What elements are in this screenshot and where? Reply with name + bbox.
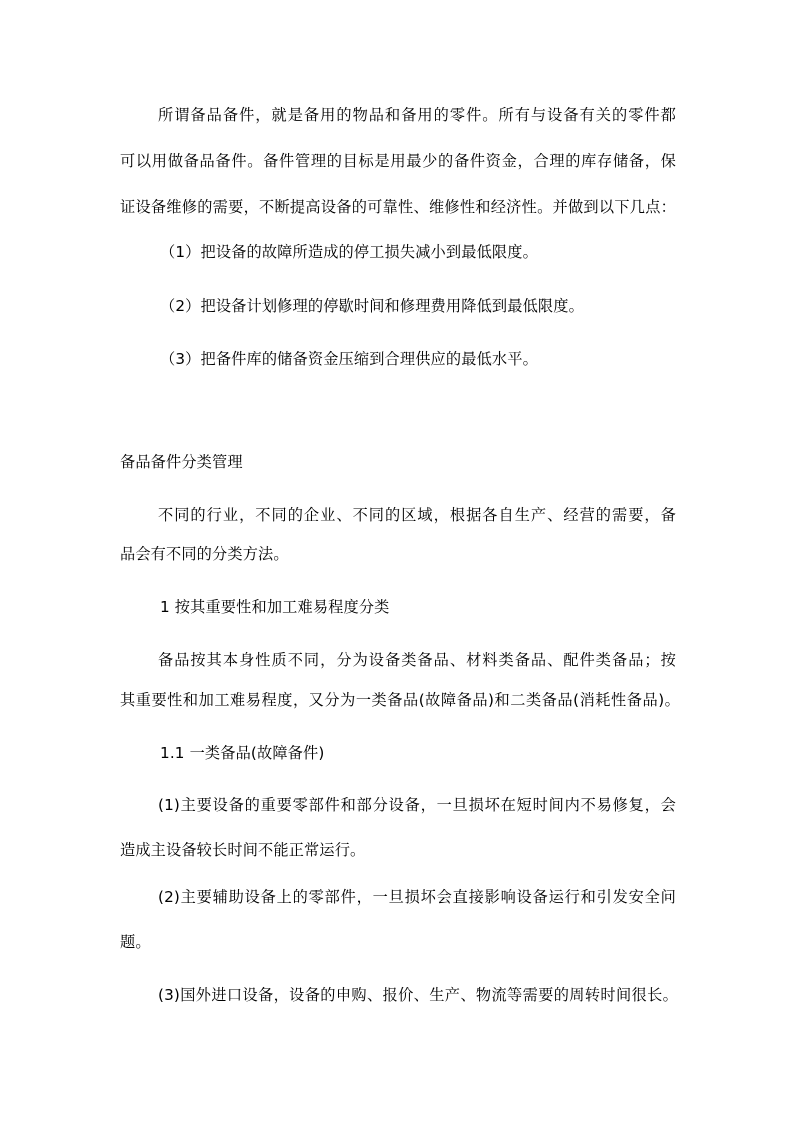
subsection-1-line-1: 备品按其本身性质不同，分为设备类备品、材料类备品、配件类备品；按 bbox=[158, 650, 676, 670]
intro-paragraph-line-1: 所谓备品备件，就是备用的物品和备用的零件。所有与设备有关的零件都 bbox=[158, 105, 676, 125]
category-item-1-line-2: 造成主设备较长时间不能正常运行。 bbox=[120, 840, 676, 860]
goal-item-1: （1）把设备的故障所造成的停工损失减小到最低限度。 bbox=[160, 242, 716, 262]
intro-paragraph-line-3: 证设备维修的需要，不断提高设备的可靠性、维修性和经济性。并做到以下几点： bbox=[120, 197, 676, 217]
category-item-1-line-1: (1)主要设备的重要零部件和部分设备，一旦损坏在短时间内不易修复，会 bbox=[158, 795, 676, 815]
section-intro-line-2: 品会有不同的分类方法。 bbox=[120, 544, 676, 564]
goal-item-3: （3）把备件库的储备资金压缩到合理供应的最低水平。 bbox=[160, 349, 716, 369]
section-intro-line-1: 不同的行业，不同的企业、不同的区域，根据各自生产、经营的需要，备 bbox=[158, 505, 676, 525]
document-page: 所谓备品备件，就是备用的物品和备用的零件。所有与设备有关的零件都 可以用做备品备… bbox=[0, 0, 793, 1122]
category-item-2-line-1: (2)主要辅助设备上的零部件，一旦损坏会直接影响设备运行和引发安全问 bbox=[158, 887, 676, 907]
subsection-1-title: 1 按其重要性和加工难易程度分类 bbox=[160, 597, 716, 617]
section-title: 备品备件分类管理 bbox=[120, 452, 676, 472]
subsection-1-line-2: 其重要性和加工难易程度，又分为一类备品(故障备品)和二类备品(消耗性备品)。 bbox=[120, 690, 680, 710]
intro-paragraph-line-2: 可以用做备品备件。备件管理的目标是用最少的备件资金，合理的库存储备，保 bbox=[120, 151, 676, 171]
subsection-1-1-title: 1.1 一类备品(故障备件) bbox=[160, 743, 716, 763]
goal-item-2: （2）把设备计划修理的停歇时间和修理费用降低到最低限度。 bbox=[160, 296, 716, 316]
category-item-3-line-1: (3)国外进口设备，设备的申购、报价、生产、物流等需要的周转时间很长。 bbox=[158, 985, 678, 1005]
category-item-2-line-2: 题。 bbox=[120, 932, 676, 952]
